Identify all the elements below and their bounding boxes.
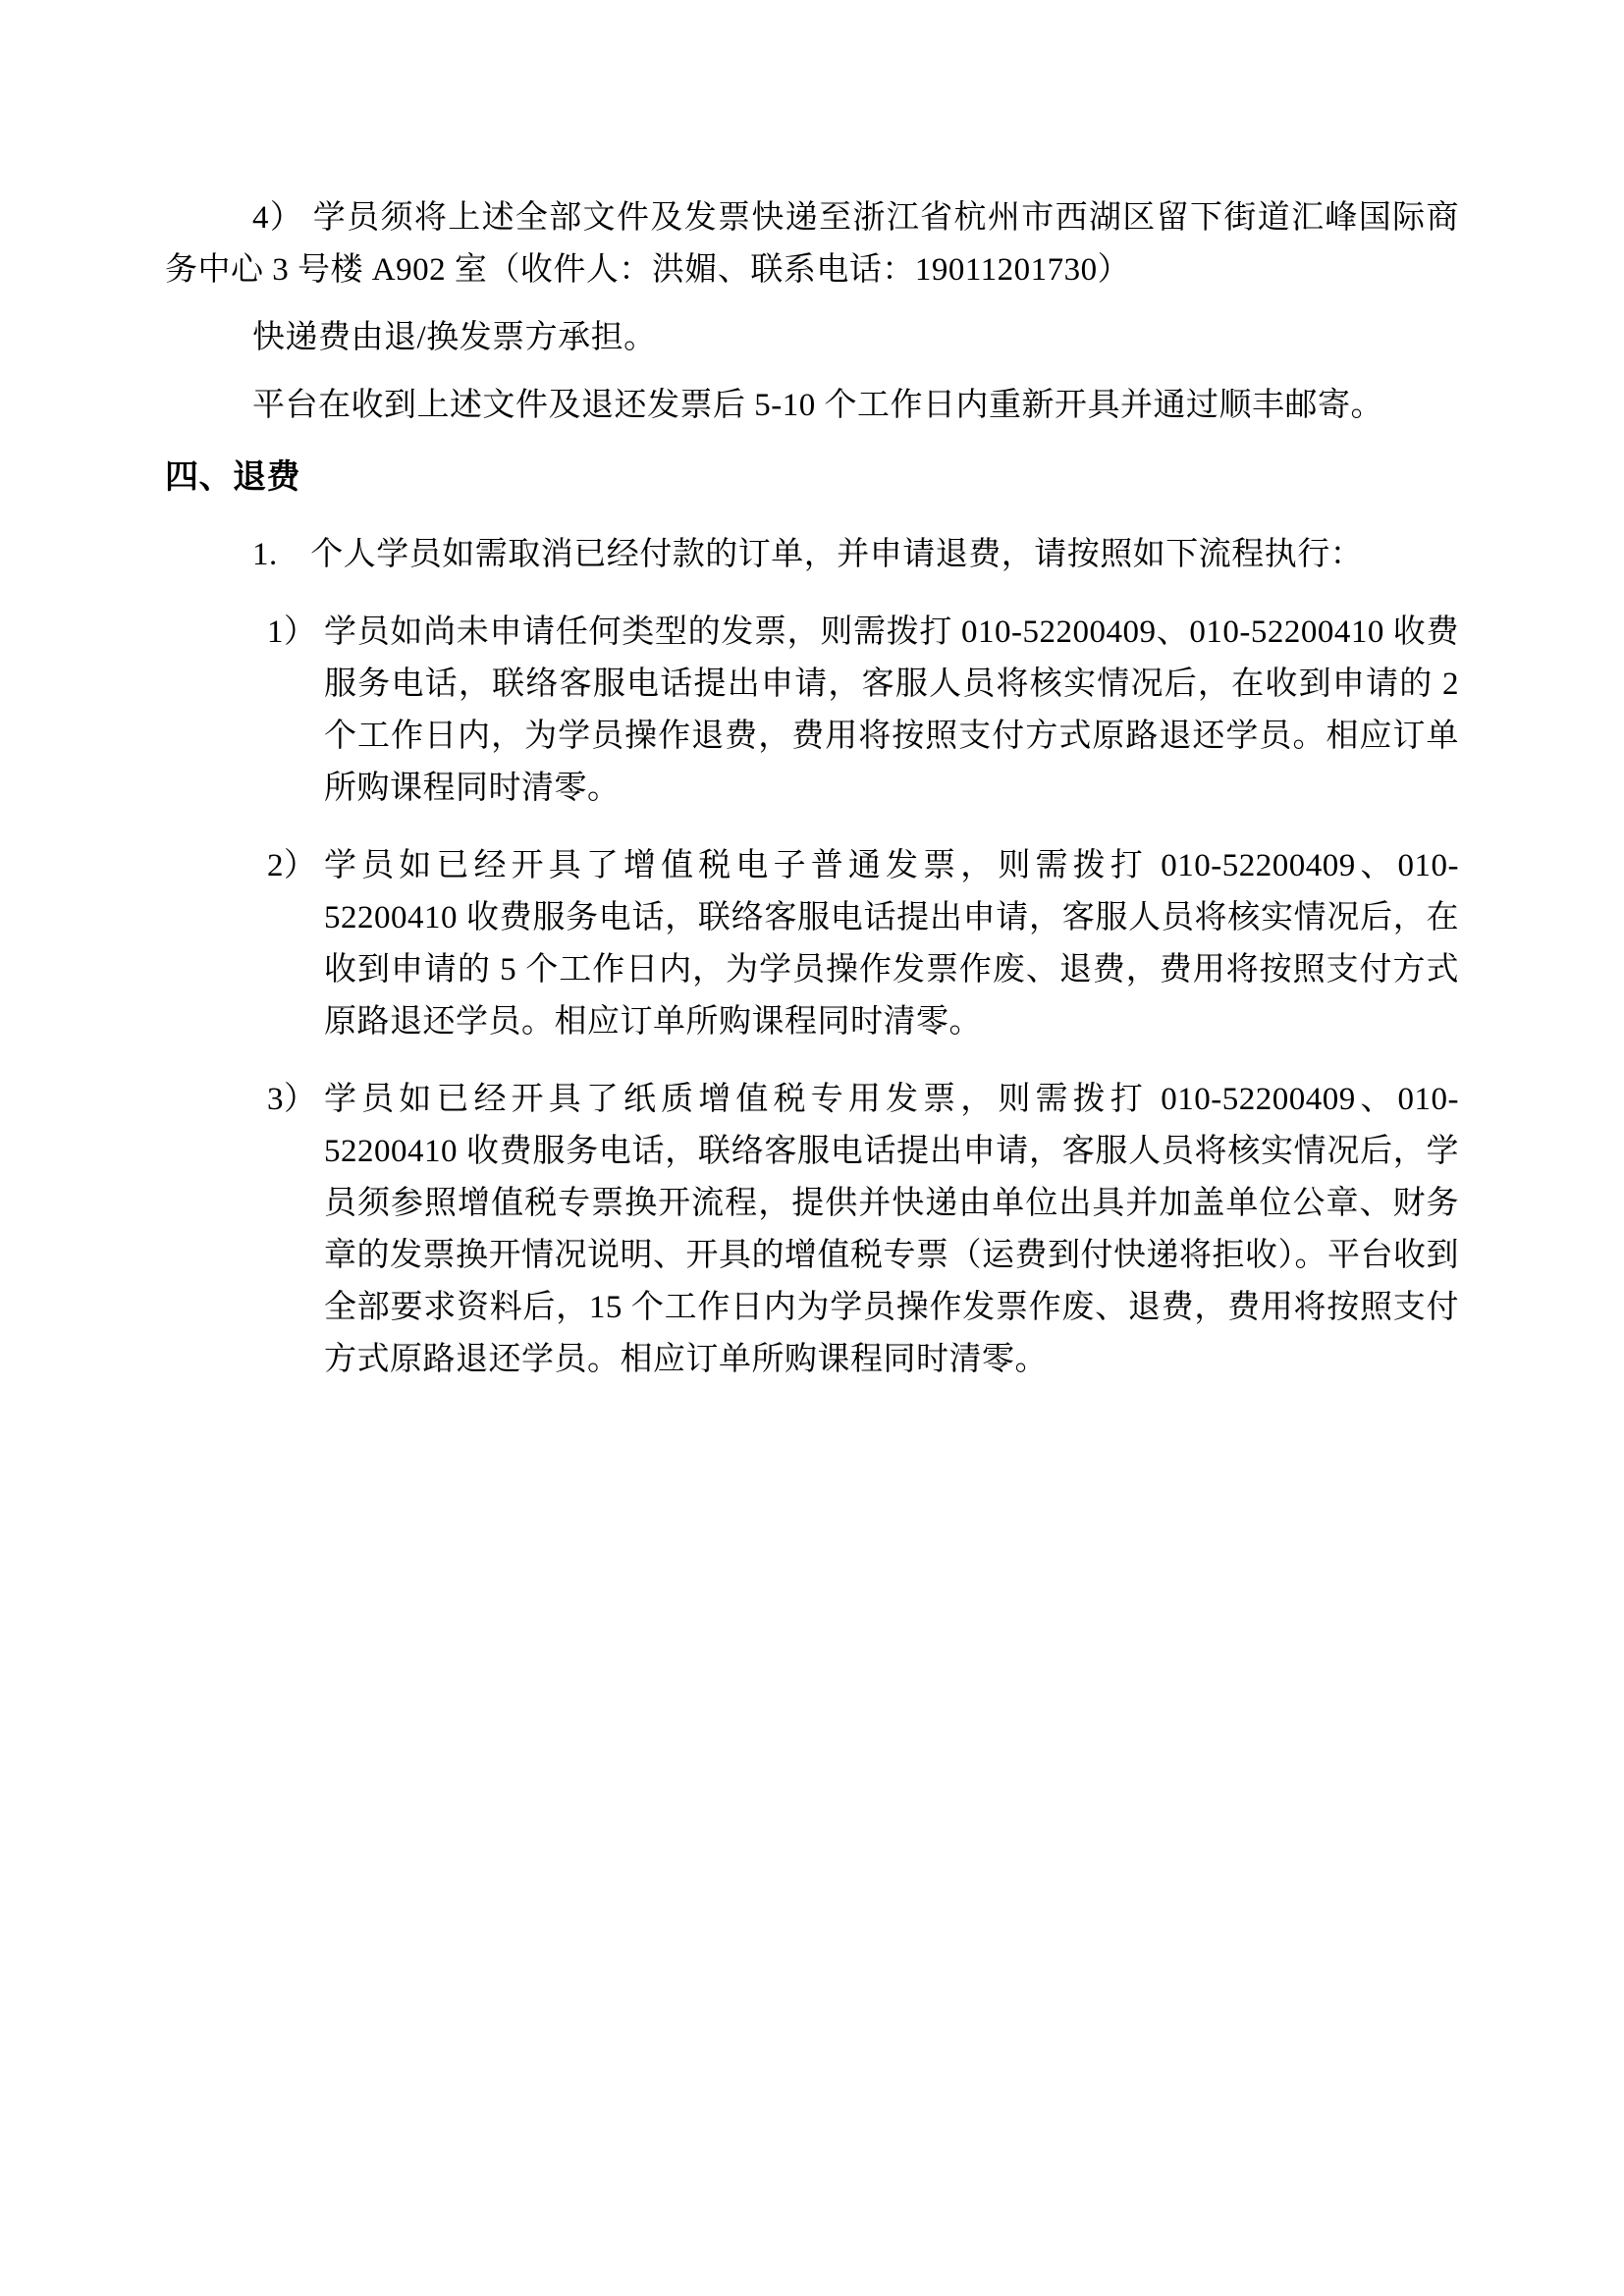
paragraph-shipping-address: 4） 学员须将上述全部文件及发票快递至浙江省杭州市西湖区留下街道汇峰国际商务中心… — [165, 192, 1459, 296]
list-item: 3） 学员如已经开具了纸质增值税专用发票，则需拨打 010-52200409、0… — [165, 1074, 1459, 1386]
list-item-number: 3） — [267, 1074, 324, 1386]
list-item: 2） 学员如已经开具了增值税电子普通发票，则需拨打 010-52200409、0… — [165, 840, 1459, 1048]
list-item-text: 学员如已经开具了增值税电子普通发票，则需拨打 010-52200409、010-… — [324, 840, 1459, 1048]
list-item-number: 1） — [267, 607, 324, 815]
refund-step-list: 1） 学员如尚未申请任何类型的发票，则需拨打 010-52200409、010-… — [165, 607, 1459, 1386]
paragraph-platform-reissue: 平台在收到上述文件及退还发票后 5-10 个工作日内重新开具并通过顺丰邮寄。 — [165, 380, 1459, 432]
list-item-text: 学员如已经开具了纸质增值税专用发票，则需拨打 010-52200409、010-… — [324, 1074, 1459, 1386]
document-page: 4） 学员须将上述全部文件及发票快递至浙江省杭州市西湖区留下街道汇峰国际商务中心… — [0, 0, 1624, 2296]
list-item: 1） 学员如尚未申请任何类型的发票，则需拨打 010-52200409、010-… — [165, 607, 1459, 815]
section-heading-refund: 四、退费 — [165, 452, 1459, 504]
paragraph-refund-intro: 1. 个人学员如需取消已经付款的订单，并申请退费，请按照如下流程执行： — [165, 529, 1459, 581]
paragraph-courier-fee: 快递费由退/换发票方承担。 — [165, 312, 1459, 364]
list-item-text: 学员如尚未申请任何类型的发票，则需拨打 010-52200409、010-522… — [324, 607, 1459, 815]
list-item-number: 2） — [267, 840, 324, 1048]
document-content: 4） 学员须将上述全部文件及发票快递至浙江省杭州市西湖区留下街道汇峰国际商务中心… — [165, 192, 1459, 1412]
